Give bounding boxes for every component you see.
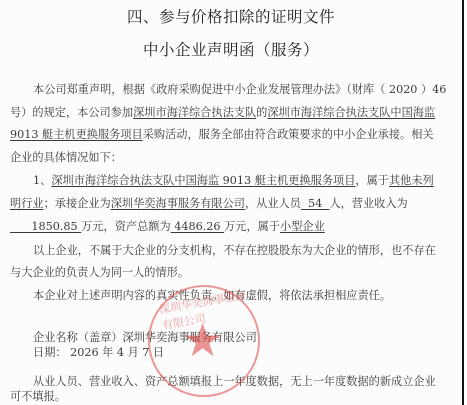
- text: 采购活动，服务全部由符合政策要求的中小企业承接。相关: [143, 128, 434, 141]
- purchaser-name: 深圳市海洋综合执法支队: [133, 106, 256, 119]
- document-page: 四、参与价格扣除的证明文件 中小企业声明函（服务） 本公司郑重声明，根据《政府采…: [0, 0, 463, 405]
- enterprise-size: 小型企业: [280, 220, 325, 233]
- text: 号）的规定，本公司参加: [10, 106, 133, 119]
- total-assets: 4486.26: [171, 220, 224, 233]
- project-name-part1: 深圳市海洋综合执法支队中国海监: [267, 106, 435, 119]
- text: 人，营业收入为: [329, 197, 407, 210]
- document-title: 中小企业声明函（服务）: [0, 38, 462, 60]
- revenue: 1850.85: [10, 220, 81, 233]
- item1-line1: 1、深圳市海洋综合执法支队中国海监 9013 艇主机更换服务项目，属于其他未列: [33, 174, 434, 188]
- text: 万元，资产总额为: [81, 220, 171, 233]
- text: 1、: [33, 174, 51, 187]
- text: ，从业人员: [245, 197, 301, 210]
- company-name: 深圳华奕海事服务有限公司: [111, 197, 245, 210]
- para3: 本企业对上述声明内容的真实性负责。如有虚假，将依法承担相应责任。: [33, 289, 391, 303]
- para2-line2: 与大企业的负责人为同一人的情形。: [10, 266, 189, 280]
- text: ，属于: [355, 174, 389, 187]
- para1-line2: 号）的规定，本公司参加深圳市海洋综合执法支队的深圳市海洋综合执法支队中国海监: [10, 106, 435, 120]
- project-name-part2: 9013 艇主机更换服务项目: [10, 128, 143, 141]
- para1-line3: 9013 艇主机更换服务项目采购活动，服务全部由符合政策要求的中小企业承接。相关: [10, 128, 434, 142]
- text: 万元，属于: [224, 220, 280, 233]
- item1-line2: 明行业；承接企业为深圳华奕海事服务有限公司，从业人员 54 人，营业收入为: [10, 197, 408, 211]
- section-title: 四、参与价格扣除的证明文件: [0, 5, 462, 27]
- industry-cont: 明行业: [10, 197, 44, 210]
- signature-company: 企业名称（盖章）深圳华奕海事服务有限公司: [33, 331, 257, 345]
- para2-line1: 以上企业，不属于大企业的分支机构，不存在控股股东为大企业的情形，也不存在: [33, 244, 436, 258]
- para1-line1: 本公司郑重声明，根据《政府采购促进中小企业发展管理办法》（财库（ 2020 ）4…: [33, 83, 446, 97]
- item-project-name: 深圳市海洋综合执法支队中国海监 9013 艇主机更换服务项目: [51, 174, 355, 187]
- industry: 其他未列: [389, 174, 434, 187]
- para1-line4: 企业的具体情况如下：: [10, 151, 122, 165]
- text: ；承接企业为: [44, 197, 111, 210]
- employee-count: 54: [301, 197, 329, 210]
- note-line2: 可不填报。: [10, 390, 66, 404]
- item1-line3: 1850.85 万元，资产总额为 4486.26 万元，属于小型企业: [10, 220, 325, 234]
- signature-date: 日期： 2026 年 4 月 7 日: [33, 346, 164, 360]
- text: 的: [256, 106, 267, 119]
- note-line1: 从业人员、营业收入、资产总额填报上一年度数据，无上一年度数据的新成立企业: [33, 375, 436, 389]
